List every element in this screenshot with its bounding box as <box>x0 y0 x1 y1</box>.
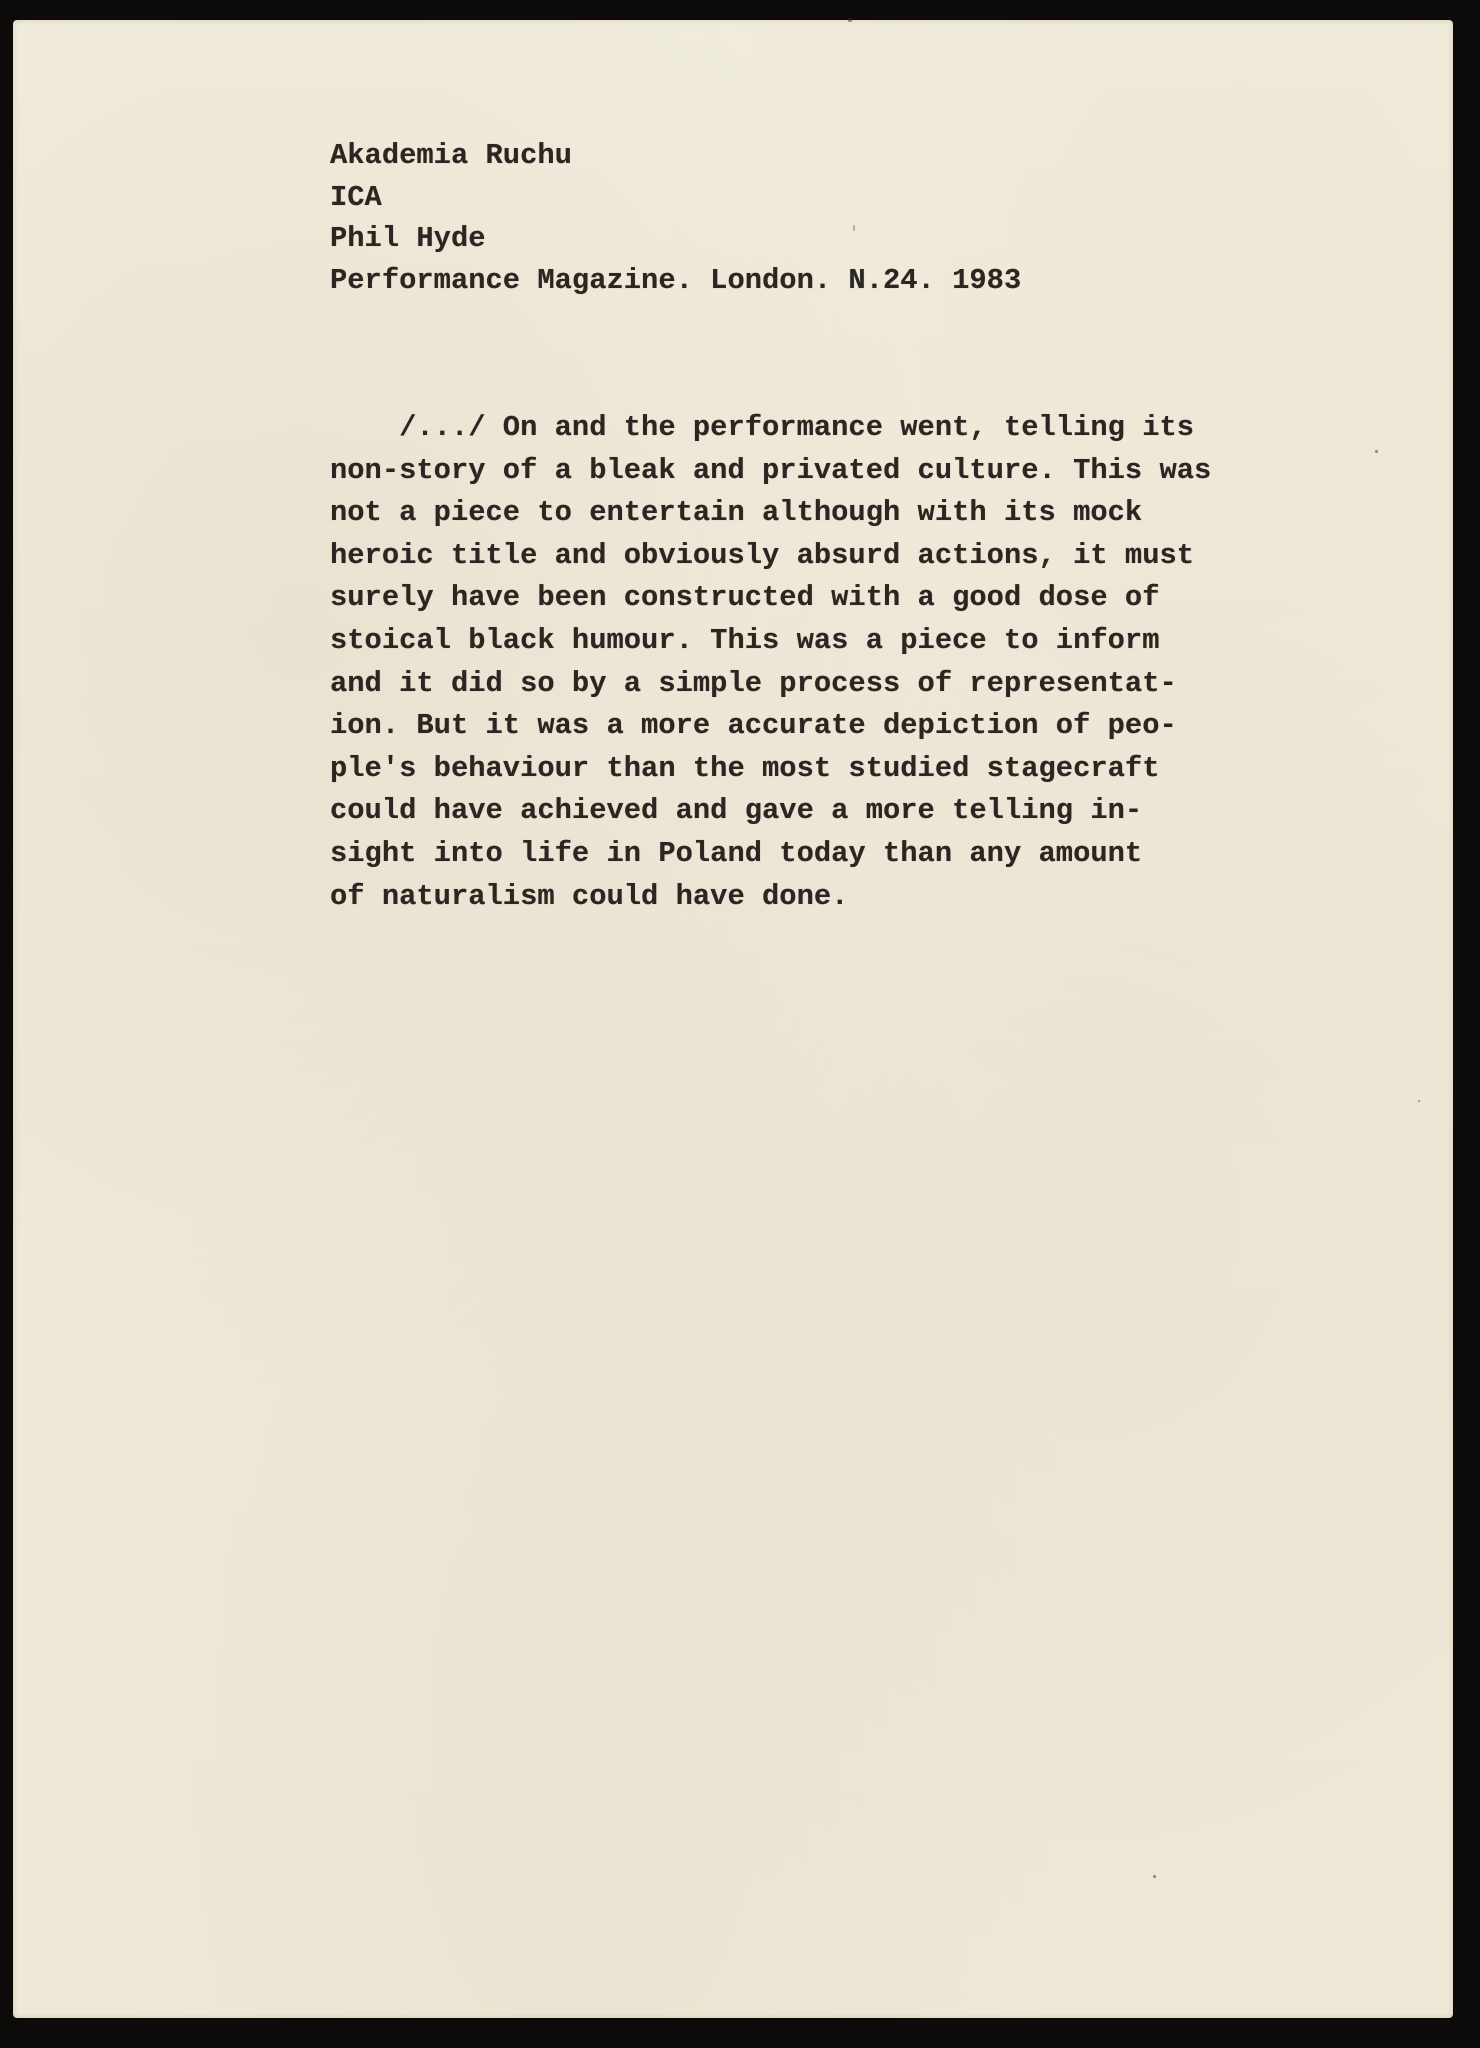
body-line: surely have been constructed with a good… <box>330 577 1211 620</box>
body-line: ple's behaviour than the most studied st… <box>330 748 1211 791</box>
paper-speck <box>1418 1100 1420 1102</box>
scan-frame: Akademia Ruchu ICA Phil Hyde Performance… <box>0 0 1480 2048</box>
body-line: of naturalism could have done. <box>330 876 1211 919</box>
body-line: could have achieved and gave a more tell… <box>330 790 1211 833</box>
typewritten-page: Akademia Ruchu ICA Phil Hyde Performance… <box>13 20 1453 2018</box>
body-line: not a piece to entertain although with i… <box>330 492 1211 535</box>
paper-speck <box>853 225 855 231</box>
header-subject: Akademia Ruchu <box>330 135 1021 177</box>
paper-speck <box>848 18 852 22</box>
body-line: heroic title and obviously absurd action… <box>330 535 1211 578</box>
body-line: ion. But it was a more accurate depictio… <box>330 705 1211 748</box>
body-line: stoical black humour. This was a piece t… <box>330 620 1211 663</box>
body-paragraph: /.../ On and the performance went, telli… <box>330 407 1211 918</box>
header-source: Performance Magazine. London. N.24. 1983 <box>330 260 1021 302</box>
header-block: Akademia Ruchu ICA Phil Hyde Performance… <box>330 135 1021 301</box>
header-venue: ICA <box>330 177 1021 219</box>
paper-speck <box>1153 1875 1156 1878</box>
paper-speck <box>1375 450 1378 453</box>
header-author: Phil Hyde <box>330 218 1021 260</box>
body-line: /.../ On and the performance went, telli… <box>330 407 1211 450</box>
body-line: sight into life in Poland today than any… <box>330 833 1211 876</box>
body-line: and it did so by a simple process of rep… <box>330 663 1211 706</box>
body-line: non-story of a bleak and privated cultur… <box>330 450 1211 493</box>
